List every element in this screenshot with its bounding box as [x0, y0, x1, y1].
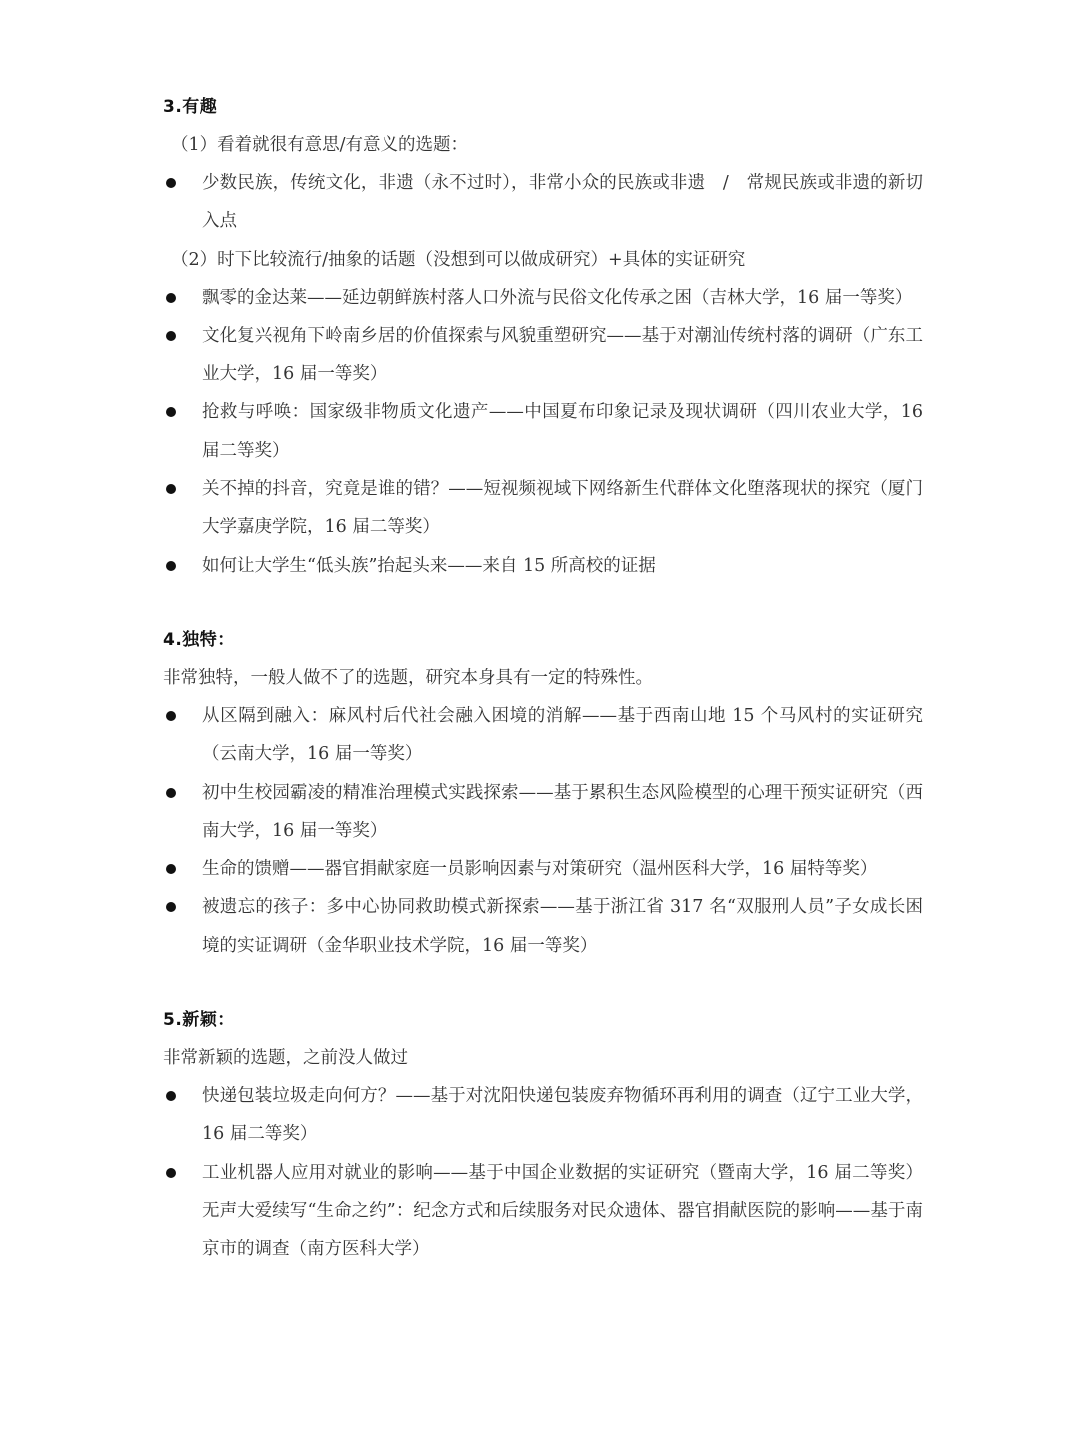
list-item-text: 快递包装垃圾走向何方？——基于对沈阳快递包装废弃物循环再利用的调查（辽宁工业大学…	[202, 1086, 923, 1144]
list-item-text: 文化复兴视角下岭南乡居的价值探索与风貌重塑研究——基于对潮汕传统村落的调研（广东…	[202, 326, 923, 384]
section-spacer	[163, 965, 923, 1001]
list-item-text: 少数民族，传统文化，非遗（永不过时），非常小众的民族或非遗 / 常规民族或非遗的…	[202, 173, 923, 231]
list-item: 飘零的金达莱——延边朝鲜族村落人口外流与民俗文化传承之困（吉林大学，16 届一等…	[163, 279, 923, 317]
section-unique: 4.独特： 非常独特，一般人做不了的选题，研究本身具有一定的特殊性。 从区隔到融…	[163, 621, 923, 965]
list-item: 生命的馈赠——器官捐献家庭一员影响因素与对策研究（温州医科大学，16 届特等奖）	[163, 850, 923, 888]
list-item-text: 生命的馈赠——器官捐献家庭一员影响因素与对策研究（温州医科大学，16 届特等奖）	[202, 859, 877, 879]
list-item: 少数民族，传统文化，非遗（永不过时），非常小众的民族或非遗 / 常规民族或非遗的…	[163, 164, 923, 241]
sub-label: （2）时下比较流行/抽象的话题（没想到可以做成研究）+具体的实证研究	[163, 241, 923, 279]
list-item: 抢救与呼唤：国家级非物质文化遗产——中国夏布印象记录及现状调研（四川农业大学，1…	[163, 393, 923, 470]
section-spacer	[163, 585, 923, 621]
list-item-text: 飘零的金达莱——延边朝鲜族村落人口外流与民俗文化传承之困（吉林大学，16 届一等…	[202, 288, 912, 308]
list-item: 如何让大学生“低头族”抬起头来——来自 15 所高校的证据	[163, 547, 923, 585]
list-item: 初中生校园霸凌的精准治理模式实践探索——基于累积生态风险模型的心理干预实证研究（…	[163, 774, 923, 851]
section-novel: 5.新颖： 非常新颖的选题，之前没人做过 快递包装垃圾走向何方？——基于对沈阳快…	[163, 1001, 923, 1268]
list-item: 被遗忘的孩子：多中心协同救助模式新探索——基于浙江省 317 名“双服刑人员”子…	[163, 888, 923, 965]
bullet-icon	[166, 711, 176, 721]
bullet-list: 快递包装垃圾走向何方？——基于对沈阳快递包装废弃物循环再利用的调查（辽宁工业大学…	[163, 1077, 923, 1268]
bullet-icon	[166, 1091, 176, 1101]
section-description: 非常新颖的选题，之前没人做过	[163, 1039, 923, 1077]
list-item-text: 被遗忘的孩子：多中心协同救助模式新探索——基于浙江省 317 名“双服刑人员”子…	[202, 897, 923, 955]
bullet-icon	[166, 293, 176, 303]
section-heading: 5.新颖：	[163, 1001, 923, 1039]
list-item: 快递包装垃圾走向何方？——基于对沈阳快递包装废弃物循环再利用的调查（辽宁工业大学…	[163, 1077, 923, 1154]
bullet-list: 少数民族，传统文化，非遗（永不过时），非常小众的民族或非遗 / 常规民族或非遗的…	[163, 164, 923, 241]
list-item: 从区隔到融入：麻风村后代社会融入困境的消解——基于西南山地 15 个马风村的实证…	[163, 697, 923, 774]
list-item-text: 如何让大学生“低头族”抬起头来——来自 15 所高校的证据	[202, 556, 656, 576]
list-item: 关不掉的抖音，究竟是谁的错？——短视频视域下网络新生代群体文化堕落现状的探究（厦…	[163, 470, 923, 547]
section-interesting: 3.有趣 （1）看着就很有意思/有意义的选题： 少数民族，传统文化，非遗（永不过…	[163, 88, 923, 585]
bullet-icon	[166, 561, 176, 571]
document-page: 3.有趣 （1）看着就很有意思/有意义的选题： 少数民族，传统文化，非遗（永不过…	[163, 88, 923, 1269]
bullet-icon	[166, 902, 176, 912]
section-heading: 3.有趣	[163, 88, 923, 126]
bullet-list: 从区隔到融入：麻风村后代社会融入困境的消解——基于西南山地 15 个马风村的实证…	[163, 697, 923, 965]
bullet-icon	[166, 331, 176, 341]
bullet-icon	[166, 484, 176, 494]
bullet-icon	[166, 788, 176, 798]
list-item-text: 抢救与呼唤：国家级非物质文化遗产——中国夏布印象记录及现状调研（四川农业大学，1…	[202, 402, 923, 460]
bullet-list: 飘零的金达莱——延边朝鲜族村落人口外流与民俗文化传承之困（吉林大学，16 届一等…	[163, 279, 923, 585]
list-item: 文化复兴视角下岭南乡居的价值探索与风貌重塑研究——基于对潮汕传统村落的调研（广东…	[163, 317, 923, 394]
bullet-icon	[166, 407, 176, 417]
bullet-icon	[166, 864, 176, 874]
list-item-text: 从区隔到融入：麻风村后代社会融入困境的消解——基于西南山地 15 个马风村的实证…	[202, 706, 923, 764]
section-description: 非常独特，一般人做不了的选题，研究本身具有一定的特殊性。	[163, 659, 923, 697]
list-item-text: 工业机器人应用对就业的影响——基于中国企业数据的实证研究（暨南大学，16 届二等…	[202, 1163, 923, 1260]
list-item-text: 初中生校园霸凌的精准治理模式实践探索——基于累积生态风险模型的心理干预实证研究（…	[202, 783, 923, 841]
list-item-text: 关不掉的抖音，究竟是谁的错？——短视频视域下网络新生代群体文化堕落现状的探究（厦…	[202, 479, 923, 537]
bullet-icon	[166, 178, 176, 188]
list-item: 工业机器人应用对就业的影响——基于中国企业数据的实证研究（暨南大学，16 届二等…	[163, 1154, 923, 1269]
section-heading: 4.独特：	[163, 621, 923, 659]
sub-label: （1）看着就很有意思/有意义的选题：	[163, 126, 923, 164]
bullet-icon	[166, 1168, 176, 1178]
